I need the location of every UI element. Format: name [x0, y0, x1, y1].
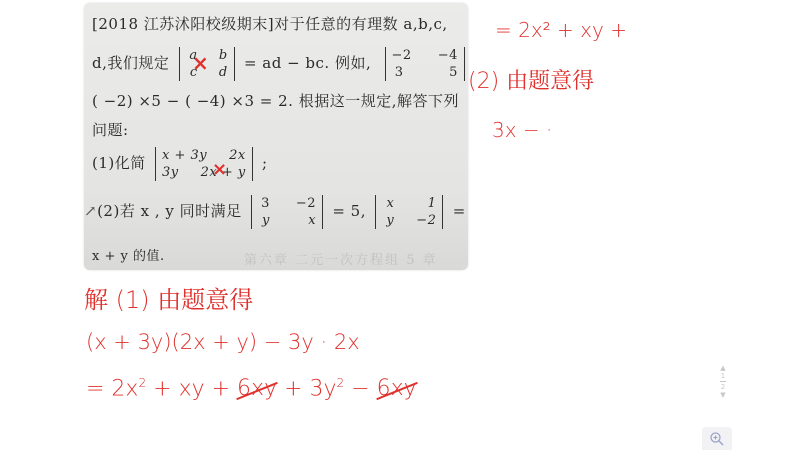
struck-term: 6xy [237, 376, 277, 401]
page-up-button[interactable]: ▲ [716, 364, 730, 372]
page-total: 2 [716, 383, 730, 391]
problem-line-4: 问题: [92, 119, 129, 140]
handwriting-top-right: = 2x² + xy + [495, 18, 627, 42]
problem-last-line: x + y 的值. [92, 245, 165, 264]
question-1-determinant: x + 3y2x 3y2x + y [155, 147, 253, 181]
problem-photo: [2018 江苏沭阳校级期末]对于任意的有理数 a,b,c, d,我们规定 ab… [84, 3, 468, 270]
tick-mark-icon: ↗ [84, 202, 97, 220]
page-down-button[interactable]: ▼ [716, 391, 730, 399]
struck-term: 6xy [377, 376, 417, 401]
problem-line-2: d,我们规定 ab cd = ad − bc. 例如, −2−4 35 = [92, 47, 468, 81]
cross-mark-icon: × [192, 51, 209, 75]
problem-line-3: ( −2) ×5 − ( −4) ×3 = 2. 根据这一规定,解答下列 [92, 90, 459, 111]
problem-line-1: [2018 江苏沭阳校级期末]对于任意的有理数 a,b,c, [92, 13, 448, 34]
handwriting-part2-start: 3x − · [492, 118, 552, 142]
question-2-determinant-b: x1 y−2 [375, 195, 443, 229]
question-1: (1)化简 x + 3y2x 3y2x + y ; [92, 147, 268, 181]
handwriting-solution-line-1: (x + 3y)(2x + y) − 3y · 2x [86, 330, 360, 354]
zoom-in-icon [709, 431, 725, 447]
page-divider [720, 381, 726, 382]
handwriting-part2-heading: (2) 由题意得 [468, 64, 594, 95]
zoom-in-button[interactable] [702, 427, 732, 450]
question-2: ↗(2)若 x , y 同时满足 3−2 yx = 5, x1 y−2 = 8,… [84, 195, 468, 229]
handwriting-solution-heading: 解 (1) 由题意得 [84, 280, 253, 315]
cross-mark-icon: × [212, 159, 227, 180]
page-indicator: ▲ 1 2 ▼ [716, 364, 730, 399]
page-current: 1 [716, 372, 730, 380]
question-2-determinant-a: 3−2 yx [251, 195, 323, 229]
source-tag: [2018 江苏沭阳校级期末] [92, 15, 274, 33]
handwriting-solution-line-2: = 2x2 + xy + 6xy + 3y2 − 6xy [86, 376, 417, 401]
example-determinant: −2−4 35 [385, 47, 465, 81]
bleed-through-text: 第六章 二元一次方程组 5 章 [244, 249, 438, 268]
